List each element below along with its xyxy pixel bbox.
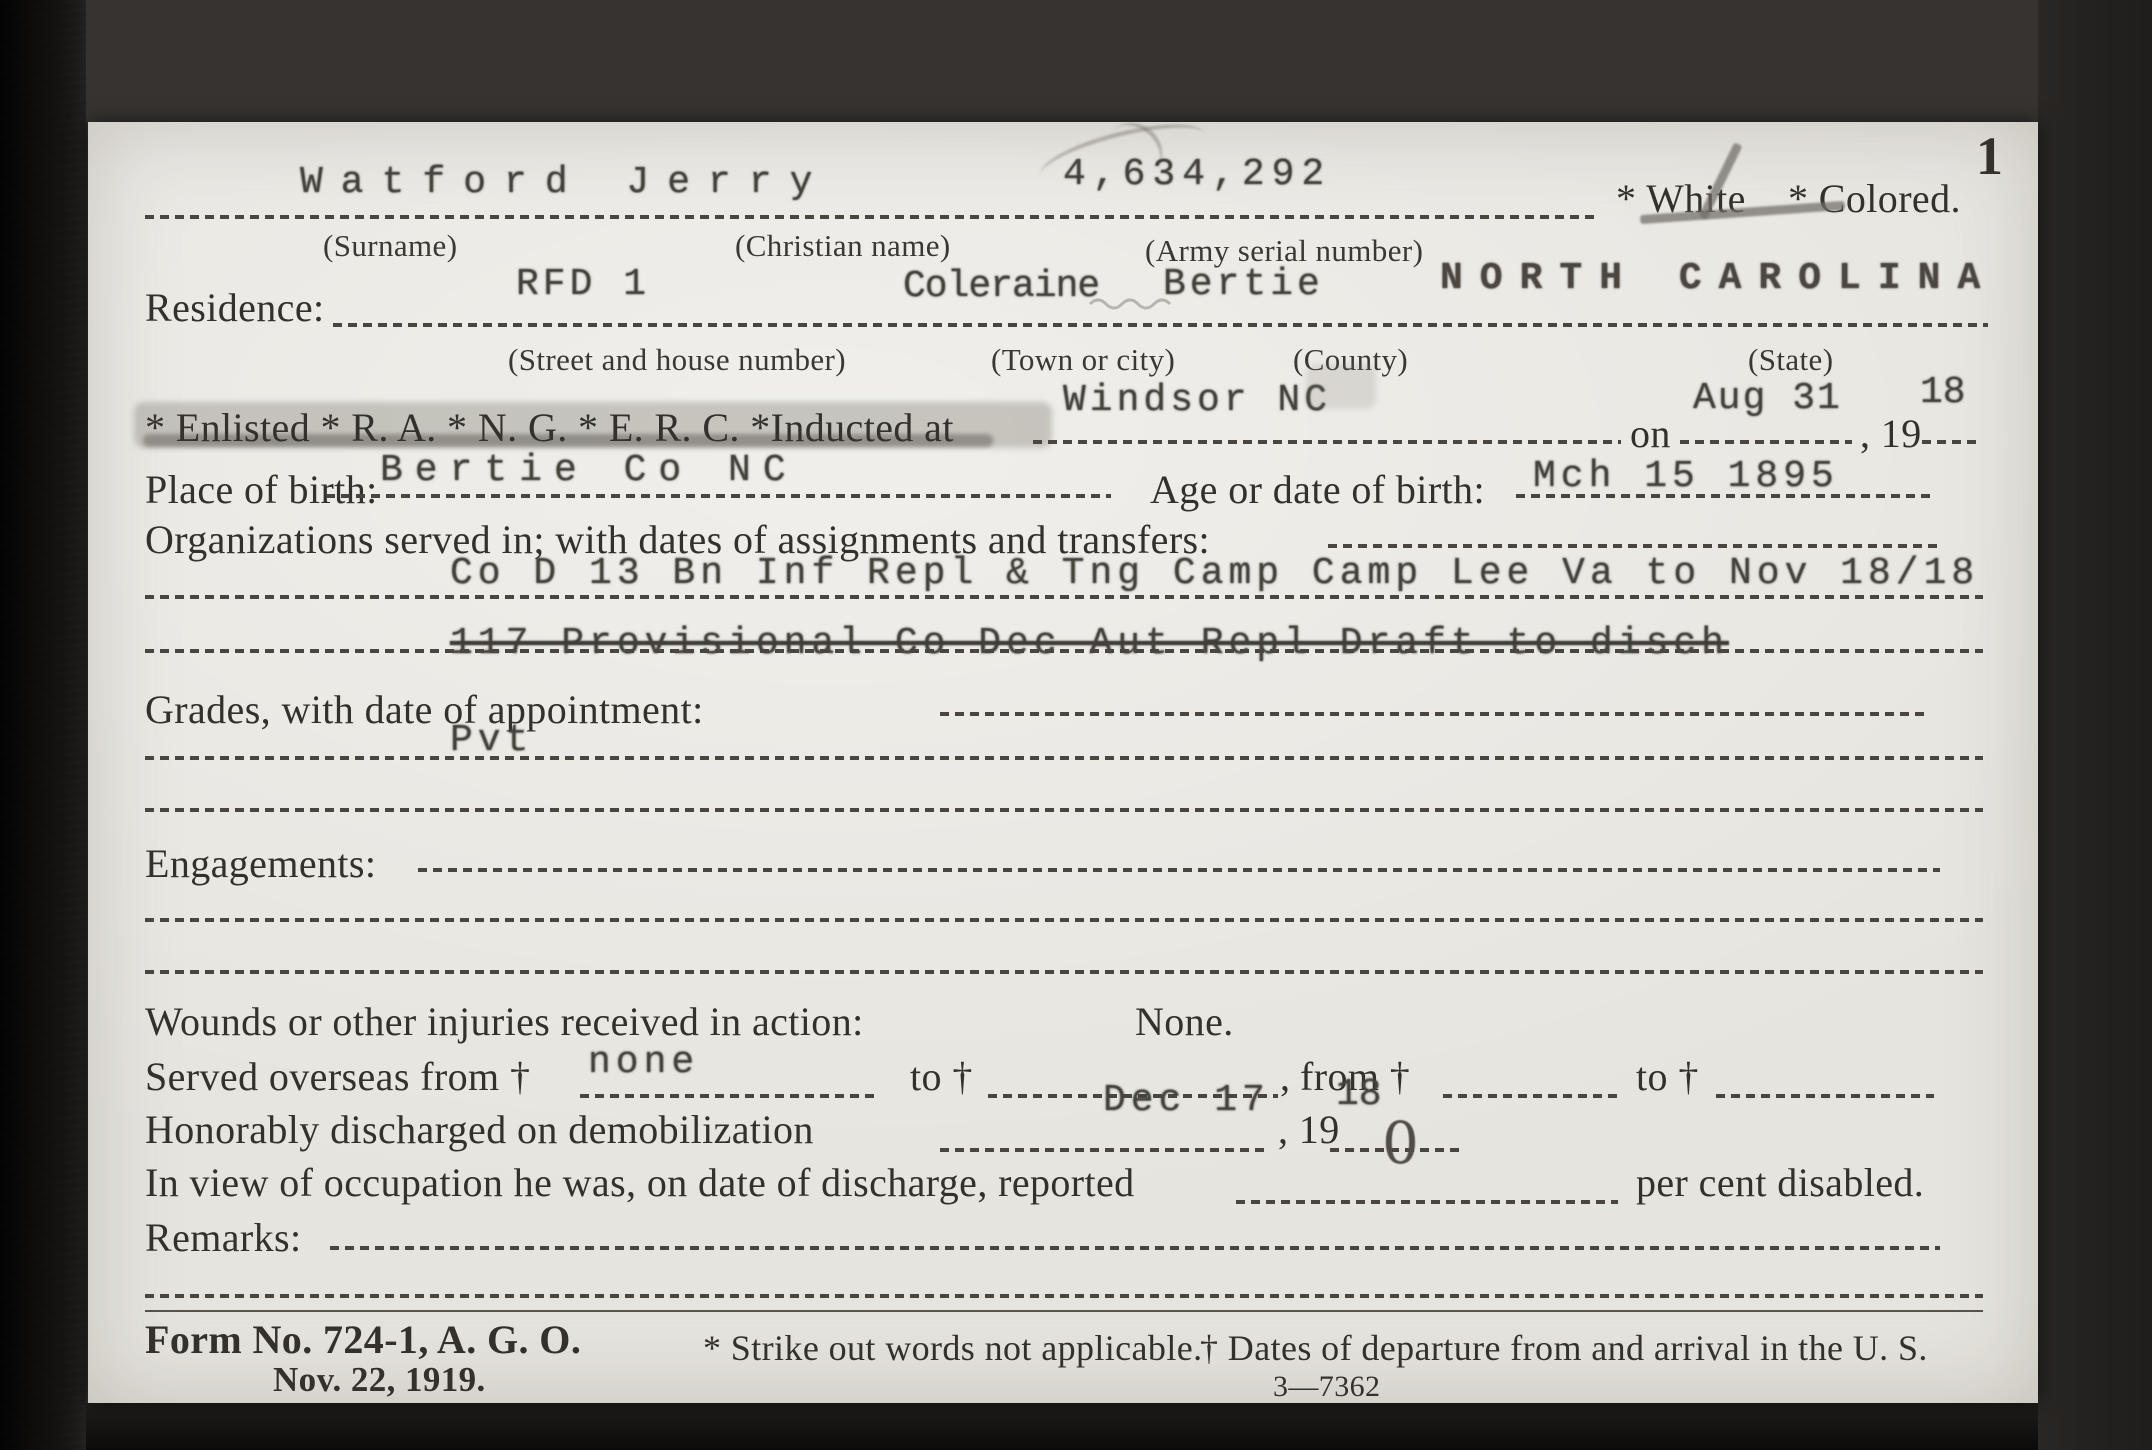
pencil-zero-annotation: 0 <box>1382 1114 1419 1172</box>
solid-rule <box>145 1310 1983 1312</box>
dotted-line <box>1922 440 1980 444</box>
inducted-place-value: Windsor NC <box>1063 382 1331 420</box>
name-value: Watford Jerry <box>300 164 830 202</box>
dotted-line <box>145 649 1983 653</box>
residence-county-value: Bertie <box>1163 266 1324 304</box>
engagements-label: Engagements: <box>145 844 376 884</box>
dotted-line <box>145 970 1983 974</box>
strike-out-note: * Strike out words not applicable. <box>703 1330 1203 1366</box>
overseas-comma: , <box>1280 1057 1290 1097</box>
discharge-year-value: 18 <box>1336 1076 1382 1114</box>
christian-name-label: (Christian name) <box>735 230 951 261</box>
overseas-from1-value: none <box>588 1044 699 1082</box>
scan-right-background <box>2038 0 2152 1450</box>
dotted-line <box>418 868 1940 872</box>
place-of-birth-value: Bertie Co NC <box>380 452 798 490</box>
grades-label: Grades, with date of appointment: <box>145 690 704 730</box>
wounds-value: None. <box>1135 1002 1234 1042</box>
place-of-birth-label: Place of birth: <box>145 470 378 510</box>
print-code: 3—7362 <box>1273 1372 1380 1402</box>
dotted-line <box>940 712 1926 716</box>
dotted-line <box>1680 440 1852 444</box>
surname-label: (Surname) <box>323 230 457 261</box>
organizations-line1-value: Co D 13 Bn Inf Repl & Tng Camp Camp Lee … <box>450 555 1979 593</box>
overseas-to1-label: to † <box>910 1057 973 1097</box>
discharge-label: Honorably discharged on demobilization <box>145 1110 814 1150</box>
discharge-year-label: , 19 <box>1278 1110 1340 1150</box>
form-date: Nov. 22, 1919. <box>273 1362 486 1397</box>
dotted-line <box>330 1246 1940 1250</box>
pencil-squiggle <box>1088 294 1178 312</box>
dotted-line <box>333 323 1988 327</box>
induction-date-value: Aug 31 <box>1693 380 1842 418</box>
street-label: (Street and house number) <box>508 344 846 375</box>
induction-year-label: , 19 <box>1860 414 1922 454</box>
served-overseas-prefix: Served overseas from † <box>145 1057 530 1097</box>
dotted-line <box>1716 1094 1934 1098</box>
disability-suffix: per cent disabled. <box>1636 1163 1924 1203</box>
dagger-note: † Dates of departure from and arrival in… <box>1200 1330 1928 1366</box>
state-label: (State) <box>1748 344 1833 375</box>
dotted-line <box>145 808 1983 812</box>
dotted-line <box>1328 544 1940 548</box>
dotted-line <box>326 494 1111 498</box>
dotted-line <box>1033 440 1621 444</box>
induction-year-value: 18 <box>1920 374 1966 412</box>
grade-value: Pvt <box>450 722 533 760</box>
discharge-date-value: Dec 17 <box>1103 1082 1270 1120</box>
on-label: on <box>1630 414 1671 454</box>
scan-left-black-edge <box>0 0 86 1450</box>
dotted-line <box>145 918 1983 922</box>
scan-bottom-background <box>86 1403 2038 1450</box>
dotted-line <box>1236 1200 1618 1204</box>
scanned-page: 1 Watford Jerry 4,634,292 * White * Colo… <box>0 0 2152 1450</box>
dotted-line <box>1516 494 1936 498</box>
serial-value: 4,634,292 <box>1063 156 1331 194</box>
disability-prefix: In view of occupation he was, on date of… <box>145 1163 1135 1203</box>
wounds-label: Wounds or other injuries received in act… <box>145 1002 864 1042</box>
dotted-line <box>580 1094 878 1098</box>
town-label: (Town or city) <box>991 344 1175 375</box>
army-serial-label: (Army serial number) <box>1145 235 1423 266</box>
residence-town-value: Coleraine <box>903 268 1099 306</box>
dotted-line <box>1443 1094 1618 1098</box>
overseas-to2-label: to † <box>1636 1057 1699 1097</box>
residence-label: Residence: <box>145 288 325 328</box>
race-option-colored: * Colored. <box>1788 179 1961 219</box>
remarks-label: Remarks: <box>145 1218 302 1258</box>
scan-top-background <box>86 0 2038 122</box>
form-number: Form No. 724-1, A. G. O. <box>145 1320 581 1360</box>
dotted-line <box>145 756 1983 760</box>
dotted-line <box>940 1148 1270 1152</box>
dotted-line <box>145 595 1983 599</box>
age-or-dob-value: Mch 15 1895 <box>1533 458 1839 496</box>
ink-smudge <box>1306 364 1376 409</box>
organizations-line2-struck-value: 117 Provisional Co Dec Aut Repl Draft to… <box>450 625 1729 663</box>
induction-prefix-label: * Enlisted * R. A. * N. G. * E. R. C. *I… <box>145 408 954 448</box>
residence-street-value: RFD 1 <box>516 266 650 304</box>
dotted-line <box>145 215 1597 219</box>
page-number: 1 <box>1976 129 2003 183</box>
service-record-card: 1 Watford Jerry 4,634,292 * White * Colo… <box>88 122 2038 1403</box>
dotted-line <box>145 1294 1983 1298</box>
age-or-dob-label: Age or date of birth: <box>1150 470 1485 510</box>
residence-state-value: NORTH CAROLINA <box>1440 260 1997 298</box>
